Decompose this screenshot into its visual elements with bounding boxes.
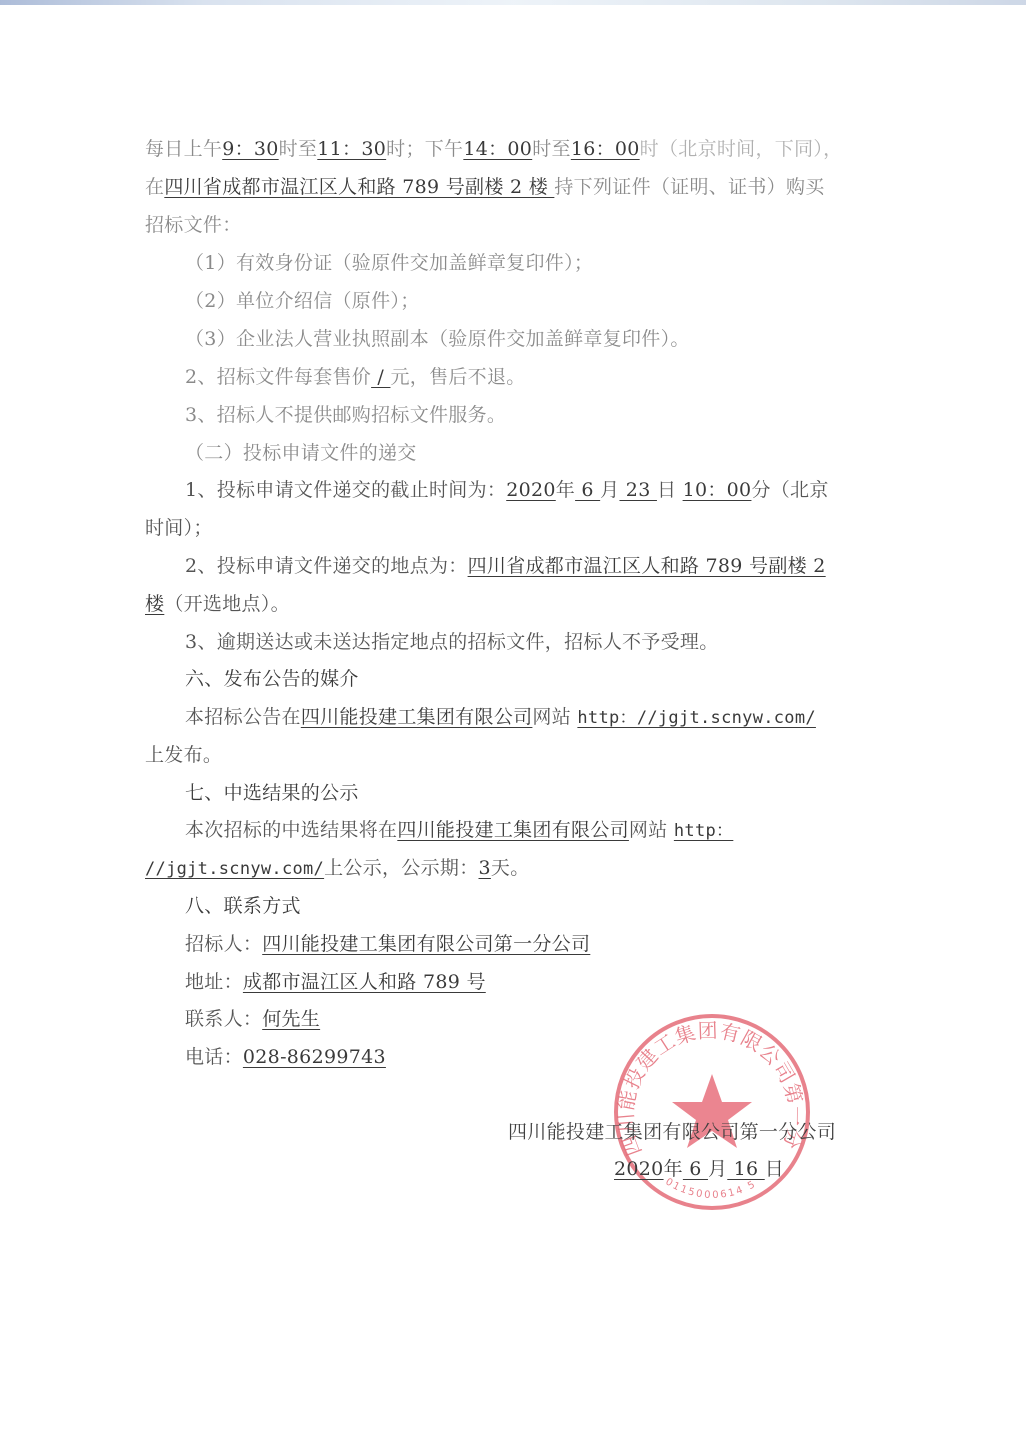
- list-item-license: （3）企业法人营业执照副本（验原件交加盖鲜章复印件）。: [185, 327, 690, 351]
- line-deadline-cont: 时间）；: [145, 516, 213, 540]
- sign-day: 16: [727, 1158, 764, 1180]
- text: 月: [708, 1158, 727, 1180]
- time-pm-end: 16：00: [571, 138, 640, 160]
- text: 月: [600, 479, 619, 501]
- contact-address: 地址：成都市温江区人和路 789 号: [185, 970, 486, 994]
- text: 分（北京: [751, 479, 828, 501]
- line-publish-cont: 上发布。: [145, 743, 222, 767]
- text: 每日上午: [145, 138, 222, 160]
- label: 电话：: [185, 1046, 243, 1068]
- document-page: 每日上午9：30时至11：30时；下午14：00时至16：00时（北京时间，下同…: [0, 0, 1026, 1449]
- signature-org: 四川能投建工集团有限公司第一分公司: [508, 1120, 836, 1144]
- price-value: /: [371, 366, 390, 388]
- deadline-day: 23: [619, 479, 656, 501]
- text: 天。: [491, 857, 530, 879]
- address-value: 成都市温江区人和路 789 号: [243, 971, 486, 993]
- sign-year: 2020: [614, 1158, 664, 1180]
- contact-person: 联系人：何先生: [185, 1007, 320, 1031]
- line-price: 2、招标文件每套售价 / 元，售后不退。: [185, 365, 526, 389]
- company-name: 四川能投建工集团有限公司: [397, 819, 629, 841]
- line-deadline: 1、投标申请文件递交的截止时间为：2020年 6 月 23 日 10：00分（北…: [185, 478, 829, 502]
- line-results-site: 本次招标的中选结果将在四川能投建工集团有限公司网站 http：: [185, 818, 733, 843]
- website-link[interactable]: http：: [674, 821, 733, 841]
- text: 时（北京时间，下同），: [640, 138, 843, 160]
- line-results-cont: //jgjt.scnyw.com/上公示，公示期：3天。: [145, 856, 530, 881]
- list-item-id-card: （1）有效身份证（验原件交加盖鲜章复印件）；: [185, 251, 593, 275]
- deadline-year: 2020: [506, 479, 556, 501]
- line-docs: 招标文件：: [145, 213, 242, 237]
- deadline-time: 10：00: [683, 479, 752, 501]
- text: 2、招标文件每套售价: [185, 366, 371, 388]
- tenderer-value: 四川能投建工集团有限公司第一分公司: [262, 933, 590, 955]
- text: 年: [556, 479, 575, 501]
- text: 上公示，公示期：: [324, 857, 478, 879]
- section-heading-contact: 八、联系方式: [185, 894, 301, 918]
- person-value: 何先生: [262, 1008, 320, 1030]
- phone-value: 028-86299743: [243, 1046, 386, 1068]
- section-heading-media: 六、发布公告的媒介: [185, 667, 359, 691]
- submit-address: 四川省成都市温江区人和路 789 号副楼 2: [468, 555, 826, 577]
- text: 在: [145, 176, 164, 198]
- section-heading-results: 七、中选结果的公示: [185, 781, 359, 805]
- time-am-start: 9：30: [222, 138, 278, 160]
- text: 日: [657, 479, 676, 501]
- text: 本次招标的中选结果将在: [185, 819, 397, 841]
- line-sale-hours: 每日上午9：30时至11：30时；下午14：00时至16：00时（北京时间，下同…: [145, 137, 842, 161]
- text: 1、投标申请文件递交的截止时间为：: [185, 479, 506, 501]
- line-late-rejection: 3、逾期送达或未送达指定地点的招标文件，招标人不予受理。: [185, 630, 719, 654]
- text: （开选地点）。: [164, 593, 290, 615]
- sign-month: 6: [683, 1158, 708, 1180]
- label: 招标人：: [185, 933, 262, 955]
- text: 2、投标申请文件递交的地点为：: [185, 555, 468, 577]
- text: 年: [664, 1158, 683, 1180]
- website-link[interactable]: http：//jgjt.scnyw.com/: [577, 708, 816, 728]
- website-link-cont[interactable]: //jgjt.scnyw.com/: [145, 859, 324, 879]
- text: 网站: [629, 819, 674, 841]
- text: 日: [765, 1158, 784, 1180]
- text: 时至: [279, 138, 318, 160]
- company-name: 四川能投建工集团有限公司: [301, 706, 533, 728]
- signature-date: 2020年 6 月 16 日: [614, 1157, 784, 1181]
- text: 元，售后不退。: [390, 366, 525, 388]
- line-submit-location-cont: 楼（开选地点）。: [145, 592, 290, 616]
- label: 地址：: [185, 971, 243, 993]
- line-submit-location: 2、投标申请文件递交的地点为：四川省成都市温江区人和路 789 号副楼 2: [185, 554, 826, 578]
- line-sale-location: 在四川省成都市温江区人和路 789 号副楼 2 楼 持下列证件（证明、证书）购买: [145, 175, 825, 199]
- official-seal-icon: 四川能投建工集团有限公司第一分公司 0115000614 5: [612, 1012, 812, 1212]
- list-item-letter: （2）单位介绍信（原件）；: [185, 289, 420, 313]
- text: 时；下午: [386, 138, 463, 160]
- label: 联系人：: [185, 1008, 262, 1030]
- text: 时至: [532, 138, 571, 160]
- contact-tenderer: 招标人：四川能投建工集团有限公司第一分公司: [185, 932, 590, 956]
- line-no-mail: 3、招标人不提供邮购招标文件服务。: [185, 403, 506, 427]
- time-am-end: 11：30: [317, 138, 386, 160]
- section-heading-submission: （二）投标申请文件的递交: [185, 441, 417, 465]
- contact-phone: 电话：028-86299743: [185, 1045, 386, 1069]
- time-pm-start: 14：00: [463, 138, 532, 160]
- text: 网站: [532, 706, 577, 728]
- sale-address: 四川省成都市温江区人和路 789 号副楼 2 楼: [164, 176, 554, 198]
- submit-address-cont: 楼: [145, 593, 164, 615]
- line-publish-site: 本招标公告在四川能投建工集团有限公司网站 http：//jgjt.scnyw.c…: [185, 705, 816, 730]
- text: 持下列证件（证明、证书）购买: [554, 176, 824, 198]
- announcement-days: 3: [479, 857, 491, 879]
- text: 本招标公告在: [185, 706, 301, 728]
- deadline-month: 6: [575, 479, 600, 501]
